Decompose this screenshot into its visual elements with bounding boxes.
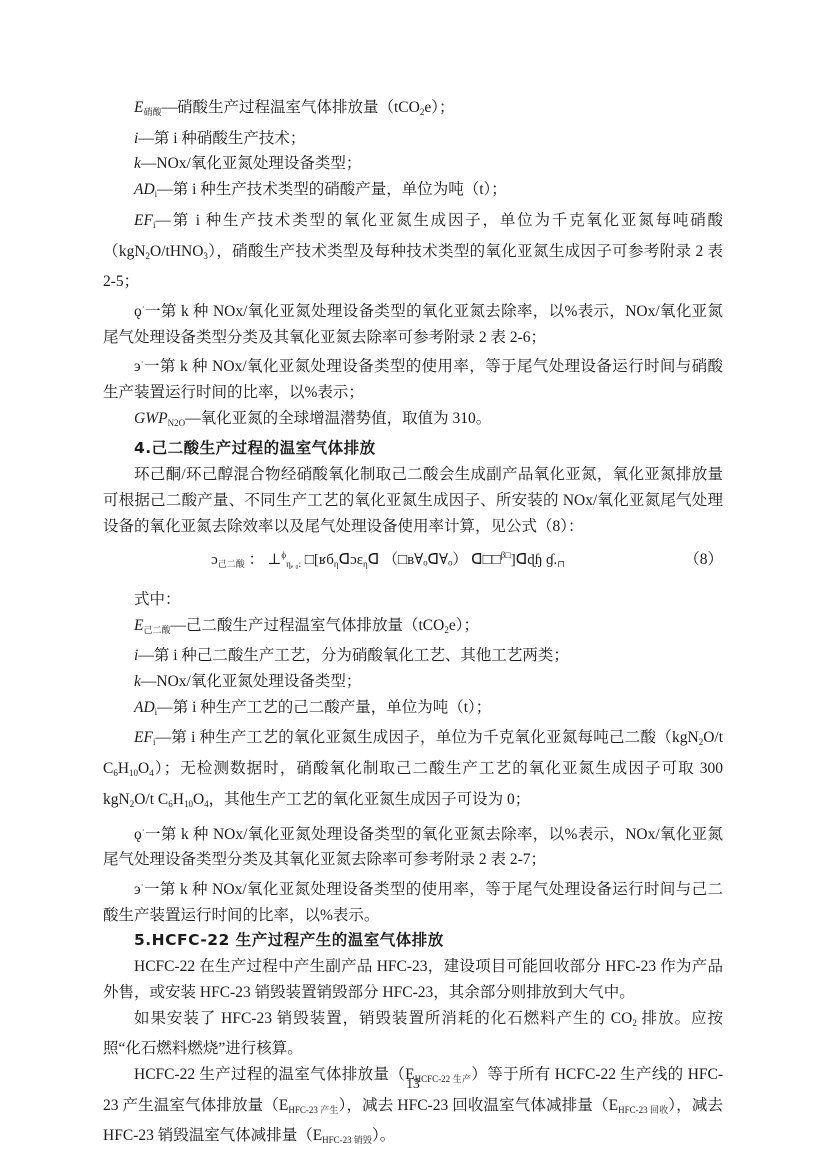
text-run: —第 i 种生产工艺的氧化亚氮生成因子，单位为千克氧化亚氮每吨己二酸（kgN [155,729,698,746]
text-run: 一第 k 种 NOx/氧化亚氮处理设备类型的氧化亚氮去除率，以%表示，NOx/氧… [103,303,723,346]
text-run: —第 i 种生产技术类型的硝酸产量，单位为吨（t）； [157,181,507,198]
paragraph: k—NOx/氧化亚氮处理设备类型； [103,669,723,695]
text-run: 一第 k 种 NOx/氧化亚氮处理设备类型的使用率，等于尾气处理设备运行时间与己… [103,881,723,924]
text-run: GWP [134,410,168,427]
text-run: O [193,791,204,808]
paragraph: GWPN2O—氧化亚氮的全球增温潜势值，取值为 310。 [103,406,723,437]
text-run: 4.己二酸生产过程的温室气体排放 [134,439,376,457]
text-run: 5.HCFC-22 生产过程产生的温室气体排放 [134,931,444,949]
text-run: 如果安装了 HFC-23 销毁装置，销毁装置所消耗的化石燃料产生的 CO [134,1010,632,1027]
document-body: E硝酸—硝酸生产过程温室气体排放量（tCO2e）；i—第 i 种硝酸生产技术；k… [103,95,723,1154]
text-run: O/tHNO [150,243,203,260]
equation-body: ɔ己二酸 ： ⊥ϕηₑ ₀: □[ʁбηᗡɔɛηᗡ （□ʙ∀ₒᗡ∀ₒ） ᗡ□□β… [103,543,673,578]
text-run: э [134,358,141,375]
text-run: e）； [449,617,479,634]
text-run: H [118,760,129,777]
text-run: ： ⊥ [245,552,282,568]
paragraph: EFi—第 i 种生产工艺的氧化亚氮生成因子，单位为千克氧化亚氮每吨己二酸（kg… [103,725,723,817]
paragraph: k—NOx/氧化亚氮处理设备类型； [103,151,723,177]
text-run: e）； [424,99,454,116]
text-run: э [134,881,141,898]
text-run: EF [134,729,153,746]
text-run: EF [134,212,153,229]
text-run: HFC-23 销毁 [322,1135,372,1145]
text-run: k [134,673,141,690]
paragraph: 式中： [103,587,723,613]
text-run: AD [134,181,155,198]
document-page: E硝酸—硝酸生产过程温室气体排放量（tCO2e）；i—第 i 种硝酸生产技术；k… [0,0,826,1169]
text-run: HFC-23 产生 [288,1105,338,1115]
paragraph: 如果安装了 HFC-23 销毁装置，销毁装置所消耗的化石燃料产生的 CO2 排放… [103,1006,723,1062]
text-run: 环己酮/环己醇混合物经硝酸氧化制取己二酸会生成副产品氧化亚氮，氧化亚氮排放量可根… [103,466,723,534]
paragraph: HCFC-22 在生产过程中产生副产品 HFC-23，建设项目可能回收部分 HF… [103,954,723,1005]
paragraph: ADi—第 i 种生产技术类型的硝酸产量，单位为吨（t）； [103,177,723,208]
paragraph: ǫ·一第 k 种 NOx/氧化亚氮处理设备类型的氧化亚氮去除率，以%表示，NOx… [103,295,723,350]
text-run: —NOx/氧化亚氮处理设备类型； [141,673,361,690]
text-run: β□ [501,550,511,560]
text-run: —氧化亚氮的全球增温潜势值，取值为 310。 [185,410,491,427]
text-run: ηₑ ₀: [286,559,301,569]
text-run: ǫ [134,303,142,320]
text-run: □[ʁб [301,552,334,568]
paragraph: ǫ·一第 k 种 NOx/氧化亚氮处理设备类型的氧化亚氮去除率，以%表示，NOx… [103,818,723,873]
equation-number: （8） [673,547,723,573]
text-run: —第 i 种己二酸生产工艺，分为硝酸氧化工艺、其他工艺两类； [138,647,569,664]
text-run: O [138,760,149,777]
text-run: ǫ [134,826,142,843]
text-run: 一第 k 种 NOx/氧化亚氮处理设备类型的使用率，等于尾气处理设备运行时间与硝… [103,358,723,401]
text-run: 10 [129,768,138,778]
paragraph: i—第 i 种硝酸生产技术； [103,126,723,152]
text-run: ⊓ [557,559,565,569]
text-run: N2O [168,418,186,428]
section-heading: 4.己二酸生产过程的温室气体排放 [103,436,723,462]
paragraph: э·一第 k 种 NOx/氧化亚氮处理设备类型的使用率，等于尾气处理设备运行时间… [103,873,723,928]
text-run: 一第 k 种 NOx/氧化亚氮处理设备类型的氧化亚氮去除率，以%表示，NOx/氧… [103,826,723,869]
text-run: ᗡ （□ʙ∀ₒᗡ∀ₒ） ᗡ□□ [368,552,501,568]
paragraph: E己二酸—己二酸生产过程温室气体排放量（tCO2e）； [103,613,723,644]
text-run: O/t C [134,791,168,808]
paragraph: ADi—第 i 种生产工艺的己二酸产量，单位为吨（t）； [103,695,723,726]
text-run: —己二酸生产过程温室气体排放量（tCO [170,617,444,634]
text-run: H [173,791,184,808]
text-run: 式中： [134,591,181,608]
page-number: 13 [0,1076,826,1092]
text-run: HFC-23 回收 [618,1105,668,1115]
text-run: —硝酸生产过程温室气体排放量（tCO [161,99,419,116]
text-run: 10 [184,799,193,809]
paragraph: EFi—第 i 种生产技术类型的氧化亚氮生成因子，单位为千克氧化亚氮每吨硝酸（k… [103,208,723,295]
text-run: ），减去 HFC-23 回收温室气体减排量（E [339,1097,619,1114]
text-run: ]ᗡɖɧ ɠ. [511,552,558,568]
text-run: ）。 [372,1127,395,1144]
paragraph: 环己酮/环己醇混合物经硝酸氧化制取己二酸会生成副产品氧化亚氮，氧化亚氮排放量可根… [103,462,723,539]
text-run: HCFC-22 在生产过程中产生副产品 HFC-23，建设项目可能回收部分 HF… [103,958,723,1001]
text-run: 己二酸 [143,625,170,635]
paragraph: i—第 i 种己二酸生产工艺，分为硝酸氧化工艺、其他工艺两类； [103,643,723,669]
text-run: ᗡɔɛ [339,552,363,568]
text-run: —NOx/氧化亚氮处理设备类型； [141,155,361,172]
text-run: 己二酸 [218,559,245,569]
section-heading: 5.HCFC-22 生产过程产生的温室气体排放 [103,928,723,954]
text-run: AD [134,699,155,716]
text-run: ，其他生产工艺的氧化亚氮生成因子可设为 0； [209,791,531,808]
paragraph: E硝酸—硝酸生产过程温室气体排放量（tCO2e）； [103,95,723,126]
text-run: 硝酸 [143,107,161,117]
text-run: —第 i 种硝酸生产技术； [138,130,305,147]
text-run: k [134,155,141,172]
paragraph: э·一第 k 种 NOx/氧化亚氮处理设备类型的使用率，等于尾气处理设备运行时间… [103,350,723,405]
text-run: —第 i 种生产工艺的己二酸产量，单位为吨（t）； [157,699,491,716]
equation: ɔ己二酸 ： ⊥ϕηₑ ₀: □[ʁбηᗡɔɛηᗡ （□ʙ∀ₒᗡ∀ₒ） ᗡ□□β… [103,543,723,578]
text-run: ɔ [211,552,218,568]
